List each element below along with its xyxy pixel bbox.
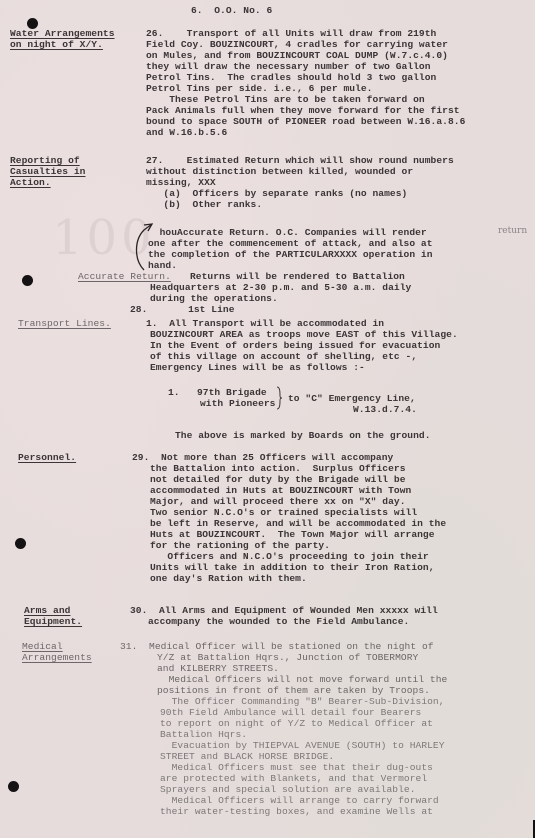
paragraph-line: The above is marked by Boards on the gro… (175, 430, 431, 441)
section-heading-arms: Arms and (24, 605, 70, 616)
paragraph-line: Major, and will proceed there xx on "X" … (150, 496, 406, 507)
paragraph-line: one day's Ration with them. (150, 573, 307, 584)
emergency-line-right: W.13.d.7.4. (353, 404, 417, 415)
section-heading-medical: Medical (22, 641, 63, 652)
paragraph-line: of this village on account of shelling, … (150, 351, 417, 362)
paragraph-line: Pack Animals full when they move forward… (146, 105, 460, 116)
brace-icon (275, 386, 283, 410)
paragraph-line: the Battalion into action. Surplus Offic… (150, 463, 406, 474)
paragraph-line: accommodated in Huts at BOUZINCOURT with… (150, 485, 411, 496)
paragraph-line: and KILBERRY STREETS. (157, 663, 279, 674)
paragraph-line: to report on night of Y/Z to Medical Off… (160, 718, 433, 729)
section-number-line: 28. 1st Line (130, 304, 235, 315)
section-heading-casualties: Action. (10, 177, 51, 188)
paragraph-line: Y/Z at Battalion Hqrs., Junction of TOBE… (157, 652, 418, 663)
paragraph-line: missing, XXX (146, 177, 216, 188)
handwritten-margin-note: return (498, 226, 527, 236)
section-heading-personnel: Personnel. (18, 452, 76, 463)
section-heading-water: on night of X/Y. (10, 39, 103, 50)
section-heading-casualties: Casualties in (10, 166, 86, 177)
paragraph-line: Emergency Lines will be as follows :- (150, 362, 365, 373)
section-heading-casualties: Reporting of (10, 155, 80, 166)
paragraph-line: and W.16.b.5.6 (146, 127, 227, 138)
paragraph-line: STREET and BLACK HORSE BRIDGE. (160, 751, 334, 762)
paragraph-line: Units will take in addition to their Iro… (150, 562, 435, 573)
paragraph-line: Medical Officers will arrange to carry f… (160, 795, 439, 806)
paragraph-line: not detailed for duty by the Brigade wil… (150, 474, 406, 485)
paragraph-line: Sprayers and special solution are availa… (160, 784, 416, 795)
paragraph-line: 31. Medical Officer will be stationed on… (120, 641, 434, 652)
section-heading-arms: Equipment. (24, 616, 82, 627)
paragraph-line: Field Coy. BOUZINCOURT, 4 cradles for ca… (146, 39, 448, 50)
paragraph-line: Officers and N.C.O's proceeding to join … (150, 551, 429, 562)
punch-hole-icon (15, 538, 26, 549)
paragraph-line: bound to space SOUTH of PIONEER road bet… (146, 116, 465, 127)
paragraph-line: (a) Officers by separate ranks (no names… (146, 188, 407, 199)
paragraph-line: be left in Reserve, and will be accommod… (150, 518, 446, 529)
paragraph-line: Headquarters at 2-30 p.m. and 5-30 a.m. … (150, 282, 411, 293)
paragraph-line: positions in front of them are taken by … (157, 685, 430, 696)
paragraph-line: Medical Officers must see that their dug… (160, 762, 433, 773)
paragraph-line: 26. Transport of all Units will draw fro… (146, 28, 436, 39)
document-page: 100 6. O.O. No. 6 Water Arrangements on … (0, 0, 535, 838)
paragraph-line: the completion of the PARTICULARXXXX ope… (148, 249, 433, 260)
list-item-number: 1. (168, 387, 180, 398)
paragraph-line: Two senior N.C.O's or trained specialist… (150, 507, 417, 518)
page-header: 6. O.O. No. 6 (191, 5, 272, 16)
paragraph-line: 1. All Transport will be accommodated in (146, 318, 384, 329)
paragraph-line: on Mules, and from BOUZINCOURT COAL DUMP… (146, 50, 448, 61)
paragraph-line: Petrol Tins per side. i.e., 6 per mule. (146, 83, 372, 94)
section-heading-transport: Transport Lines. (18, 318, 111, 329)
paragraph-line: hand. (148, 260, 177, 271)
punch-hole-icon (8, 781, 19, 792)
paragraph-line: 90th Field Ambulance will detail four Be… (160, 707, 421, 718)
paragraph-line: are protected with Blankets, and that Ve… (160, 773, 427, 784)
paragraph-line: (b) Other ranks. (146, 199, 262, 210)
paragraph-line: they will draw the necessary number of t… (146, 61, 431, 72)
paragraph-line: Returns will be rendered to Battalion (190, 271, 405, 282)
section-heading-water: Water Arrangements (10, 28, 115, 39)
paragraph-line: for the rationing of the party. (150, 540, 330, 551)
paragraph-line: Evacuation by THIEPVAL AVENUE (SOUTH) to… (160, 740, 445, 751)
paragraph-line: without distinction between killed, woun… (146, 166, 413, 177)
emergency-line-left: with Pioneers (200, 398, 276, 409)
paragraph-line: The Officer Commanding "B" Bearer-Sub-Di… (160, 696, 445, 707)
paragraph-line: one after the commencement of attack, an… (148, 238, 433, 249)
paragraph-line: 30. All Arms and Equipment of Wounded Me… (130, 605, 438, 616)
paragraph-line: accompany the wounded to the Field Ambul… (148, 616, 409, 627)
paragraph-line: during the operations. (150, 293, 278, 304)
subheading-accurate-return: Accurate Return. (78, 271, 171, 282)
paragraph-line: In the Event of orders being issued for … (150, 340, 440, 351)
paragraph-line: 29. Not more than 25 Officers will accom… (132, 452, 393, 463)
emergency-line-left: 97th Brigade (197, 387, 267, 398)
punch-hole-icon (22, 275, 33, 286)
paragraph-line: BOUZINCOURT AREA as troops move EAST of … (150, 329, 458, 340)
paragraph-line: Medical Officers will not move forward u… (157, 674, 447, 685)
paragraph-line: Petrol Tins. The cradles should hold 3 t… (146, 72, 436, 83)
paragraph-line: These Petrol Tins are to be taken forwar… (146, 94, 425, 105)
paragraph-line: 27. Estimated Return which will show rou… (146, 155, 454, 166)
paragraph-line: Battalion Hqrs. (160, 729, 247, 740)
emergency-line-right: to "C" Emergency Line, (288, 393, 416, 404)
paragraph-line: their water-testing boxes, and examine W… (160, 806, 433, 817)
paragraph-line: houAccurate Return. O.C. Companies will … (148, 227, 427, 238)
paragraph-line: Huts at BOUZINCOURT. The Town Major will… (150, 529, 435, 540)
section-heading-medical: Arrangements (22, 652, 92, 663)
